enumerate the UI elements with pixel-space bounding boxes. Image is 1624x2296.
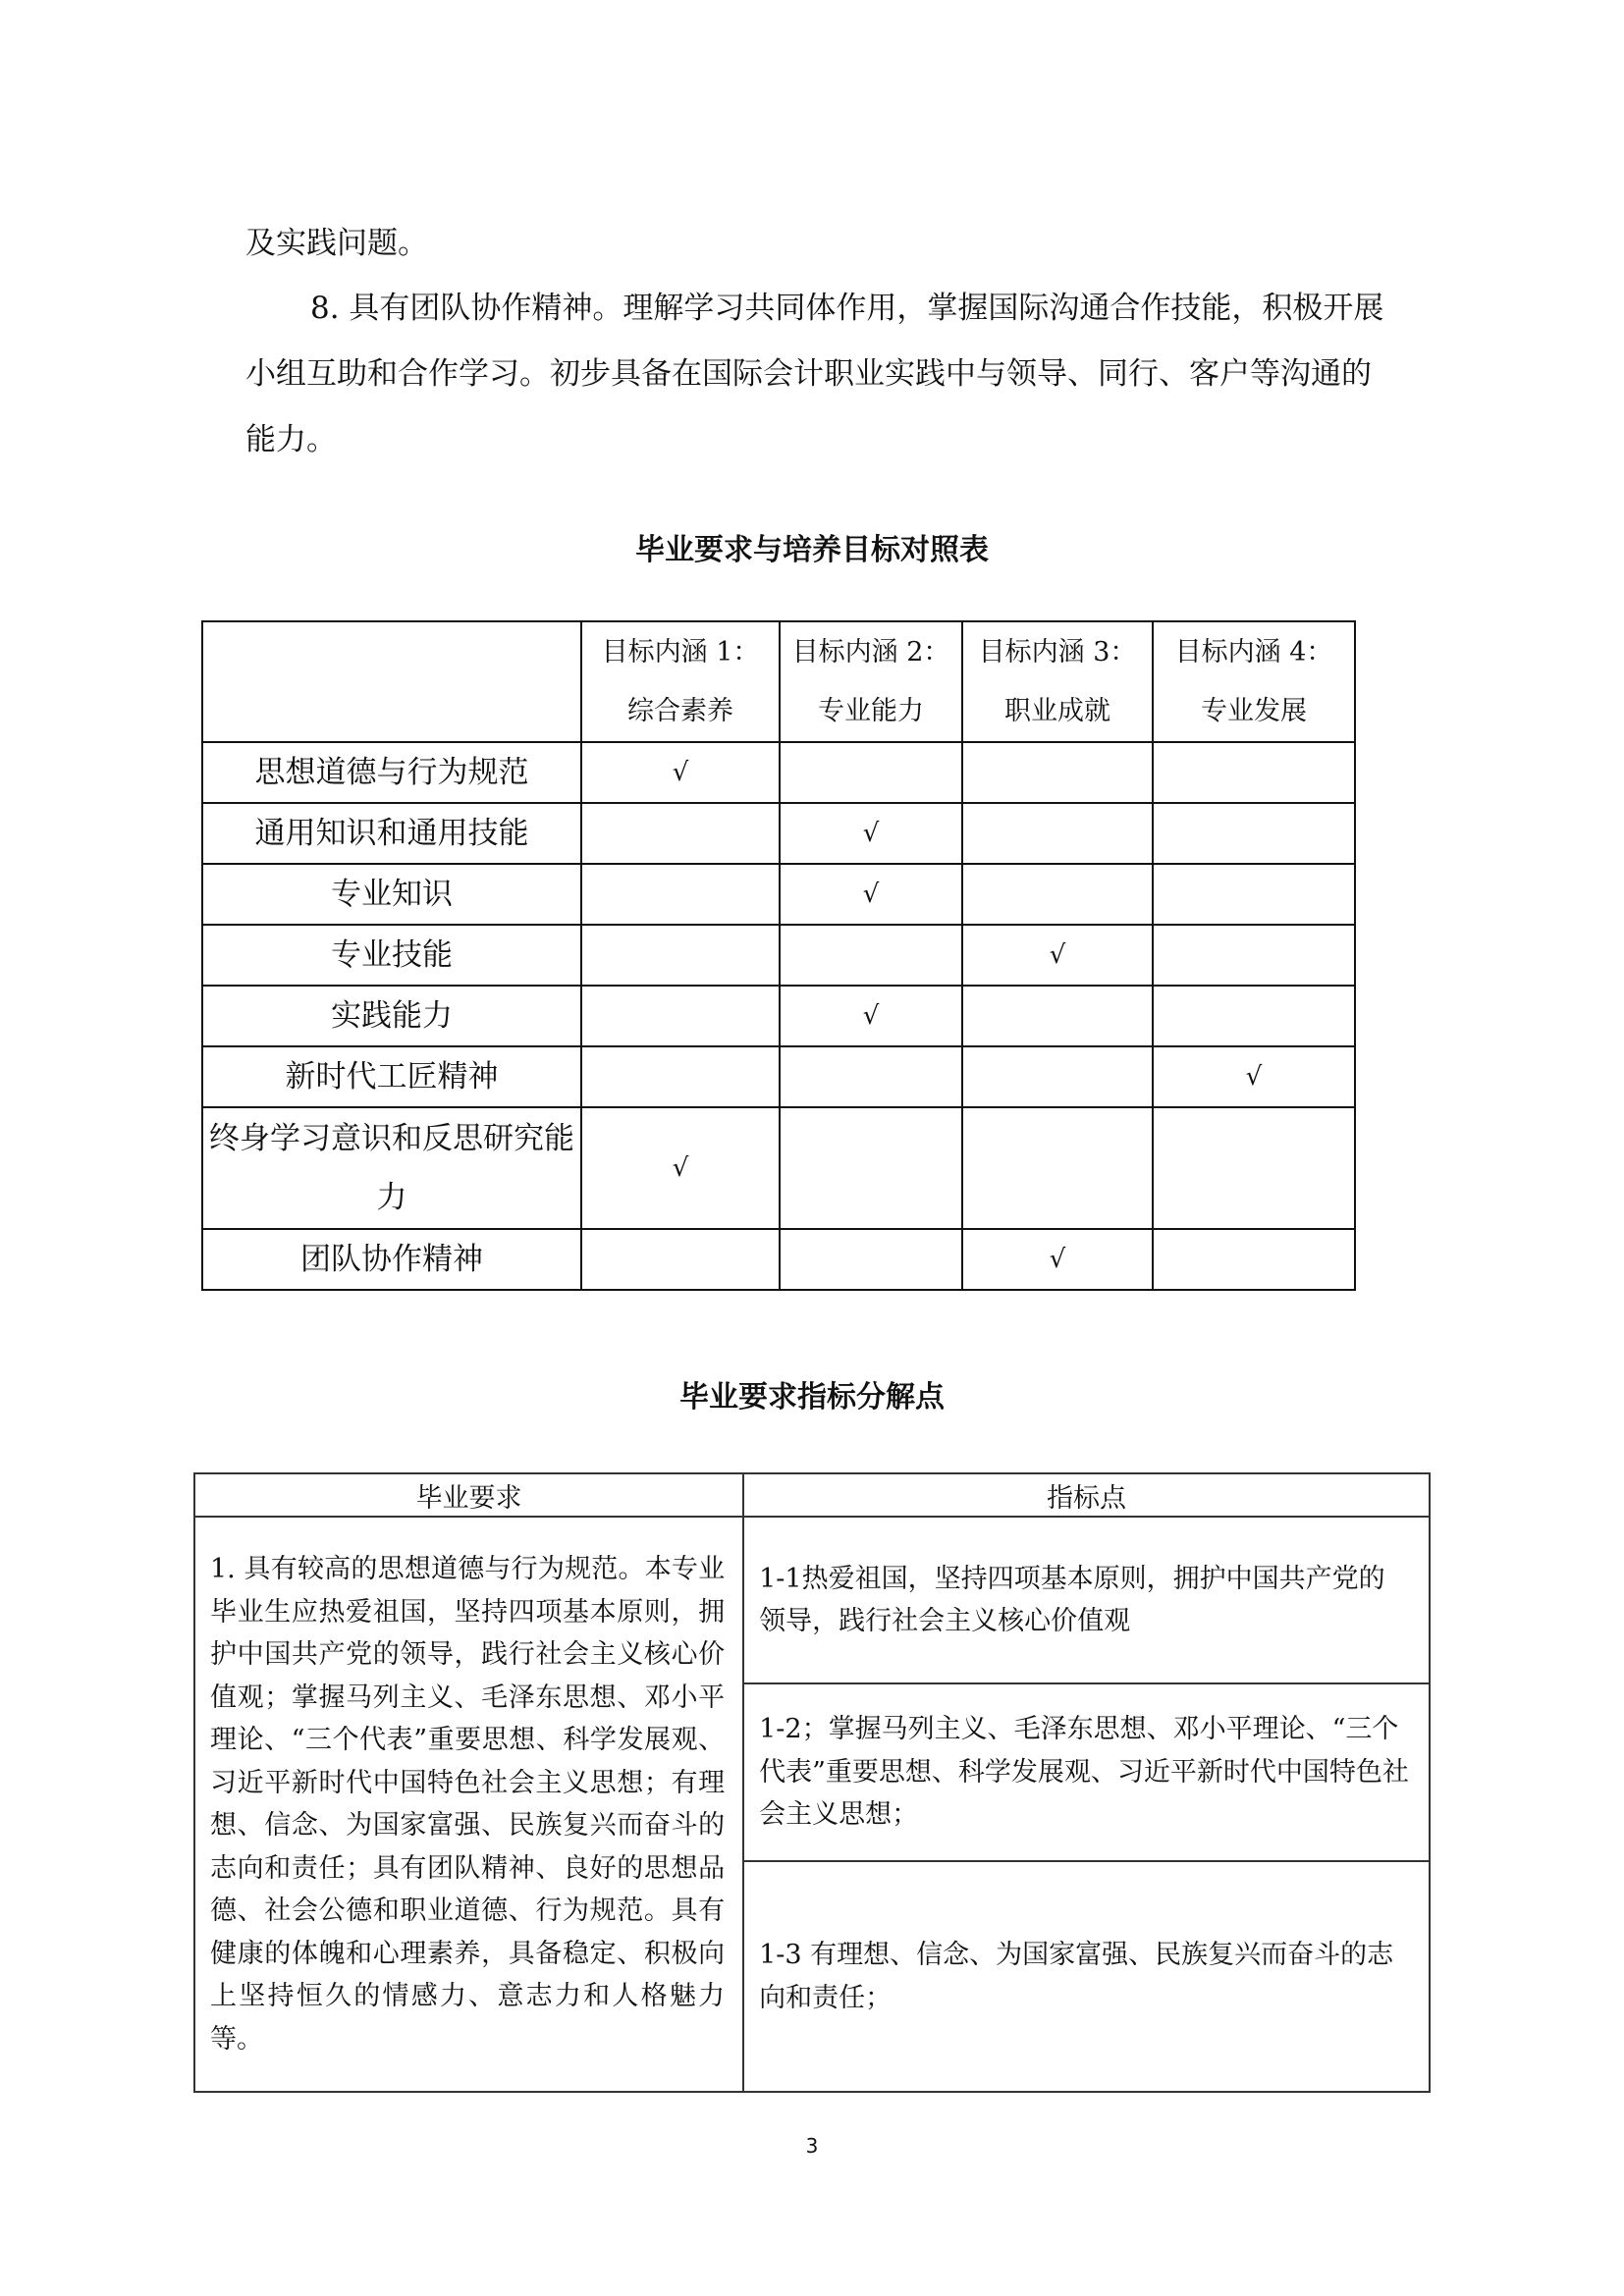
check-cell xyxy=(962,1107,1153,1229)
check-cell xyxy=(780,742,962,803)
row-label: 思想道德与行为规范 xyxy=(202,742,581,803)
requirements-objectives-table: 目标内涵 1：综合素养 目标内涵 2：专业能力 目标内涵 3：职业成就 目标内涵… xyxy=(201,620,1356,1291)
table-header-row: 毕业要求 指标点 xyxy=(194,1473,1430,1517)
header-objective-2: 目标内涵 2：专业能力 xyxy=(780,621,962,742)
check-cell xyxy=(962,742,1153,803)
table-row: 专业知识 √ xyxy=(202,864,1355,925)
row-label: 新时代工匠精神 xyxy=(202,1046,581,1107)
header-requirement: 毕业要求 xyxy=(194,1473,743,1517)
row-label: 终身学习意识和反思研究能力 xyxy=(202,1107,581,1229)
requirement-indicators-table: 毕业要求 指标点 1. 具有较高的思想道德与行为规范。本专业毕业生应热爱祖国，坚… xyxy=(193,1472,1431,2093)
header-objective-1: 目标内涵 1：综合素养 xyxy=(581,621,780,742)
check-cell xyxy=(962,986,1153,1046)
indicator-cell: 1-1热爱祖国，坚持四项基本原则，拥护中国共产党的领导，践行社会主义核心价值观 xyxy=(743,1517,1430,1683)
check-cell: √ xyxy=(962,1229,1153,1290)
table-row: 新时代工匠精神 √ xyxy=(202,1046,1355,1107)
check-cell xyxy=(780,925,962,986)
header-objective-4: 目标内涵 4：专业发展 xyxy=(1153,621,1355,742)
row-label: 通用知识和通用技能 xyxy=(202,803,581,864)
check-cell xyxy=(780,1046,962,1107)
page-number: 3 xyxy=(0,2134,1624,2158)
check-cell xyxy=(1153,864,1355,925)
table-row: 通用知识和通用技能 √ xyxy=(202,803,1355,864)
check-cell: √ xyxy=(780,986,962,1046)
indicator-cell: 1-3 有理想、信念、为国家富强、民族复兴而奋斗的志向和责任； xyxy=(743,1861,1430,2092)
table-row: 实践能力 √ xyxy=(202,986,1355,1046)
header-empty-cell xyxy=(202,621,581,742)
check-cell: √ xyxy=(780,803,962,864)
check-cell xyxy=(581,1229,780,1290)
check-cell xyxy=(1153,925,1355,986)
header-objective-3: 目标内涵 3：职业成就 xyxy=(962,621,1153,742)
row-label: 团队协作精神 xyxy=(202,1229,581,1290)
check-cell xyxy=(1153,1229,1355,1290)
check-cell xyxy=(1153,986,1355,1046)
header-indicator: 指标点 xyxy=(743,1473,1430,1517)
check-cell xyxy=(1153,803,1355,864)
check-cell xyxy=(581,1046,780,1107)
check-cell: √ xyxy=(962,925,1153,986)
table-row: 团队协作精神 √ xyxy=(202,1229,1355,1290)
check-cell xyxy=(581,803,780,864)
check-cell: √ xyxy=(581,1107,780,1229)
check-cell xyxy=(780,1107,962,1229)
paragraph-item-8: 8. 具有团队协作精神。理解学习共同体作用，掌握国际沟通合作技能，积极开展小组互… xyxy=(245,276,1384,473)
check-cell xyxy=(581,986,780,1046)
table-row: 1. 具有较高的思想道德与行为规范。本专业毕业生应热爱祖国，坚持四项基本原则，拥… xyxy=(194,1517,1430,1683)
requirement-cell: 1. 具有较高的思想道德与行为规范。本专业毕业生应热爱祖国，坚持四项基本原则，拥… xyxy=(194,1517,743,2092)
table-row: 思想道德与行为规范 √ xyxy=(202,742,1355,803)
check-cell: √ xyxy=(1153,1046,1355,1107)
row-label: 专业知识 xyxy=(202,864,581,925)
row-label: 实践能力 xyxy=(202,986,581,1046)
table-header-row: 目标内涵 1：综合素养 目标内涵 2：专业能力 目标内涵 3：职业成就 目标内涵… xyxy=(202,621,1355,742)
check-cell xyxy=(1153,1107,1355,1229)
paragraph-continuation: 及实践问题。 xyxy=(245,211,1384,277)
table-row: 终身学习意识和反思研究能力 √ xyxy=(202,1107,1355,1229)
table-row: 专业技能 √ xyxy=(202,925,1355,986)
check-cell xyxy=(962,803,1153,864)
table1-title: 毕业要求与培养目标对照表 xyxy=(0,525,1624,568)
check-cell xyxy=(581,864,780,925)
check-cell: √ xyxy=(780,864,962,925)
row-label: 专业技能 xyxy=(202,925,581,986)
indicator-cell: 1-2；掌握马列主义、毛泽东思想、邓小平理论、“三个代表”重要思想、科学发展观、… xyxy=(743,1683,1430,1861)
check-cell: √ xyxy=(581,742,780,803)
check-cell xyxy=(780,1229,962,1290)
check-cell xyxy=(581,925,780,986)
check-cell xyxy=(962,864,1153,925)
check-cell xyxy=(962,1046,1153,1107)
table2-title: 毕业要求指标分解点 xyxy=(0,1372,1624,1415)
check-cell xyxy=(1153,742,1355,803)
